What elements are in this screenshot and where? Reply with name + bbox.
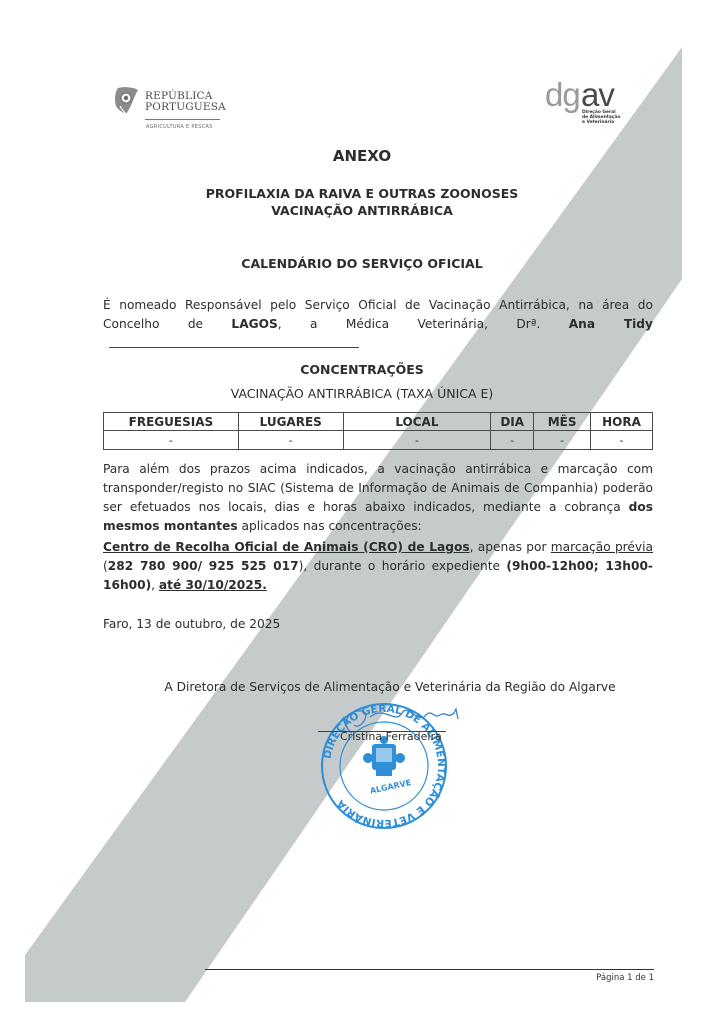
additional-vaccination-paragraph: Para além dos prazos acima indicados, a … xyxy=(103,460,653,536)
column-header-mes: MÊS xyxy=(534,413,591,431)
table-row: - - - - - - xyxy=(104,431,653,450)
table-cell: - xyxy=(534,431,591,450)
concelho-name: LAGOS xyxy=(231,317,277,331)
concentracoes-table: FREGUESIAS LUGARES LOCAL DIA MÊS HORA - … xyxy=(103,412,653,450)
table-cell: - xyxy=(343,431,491,450)
vet-name: Ana Tidy xyxy=(569,317,653,331)
logo-subtitle: AGRICULTURA E PESCAS xyxy=(146,124,213,130)
dgav-mark-av: av xyxy=(581,76,614,114)
column-header-freguesias: FREGUESIAS xyxy=(104,413,239,431)
signatory-title: A Diretora de Serviços de Alimentação e … xyxy=(0,680,724,694)
republica-portuguesa-logo: REPÚBLICA PORTUGUESA AGRICULTURA E PESCA… xyxy=(112,86,222,136)
column-header-local: LOCAL xyxy=(343,413,491,431)
column-header-dia: DIA xyxy=(491,413,534,431)
logo-text-portuguesa: PORTUGUESA xyxy=(145,102,226,113)
document-title: ANEXO xyxy=(0,147,724,165)
deadline-date: até 30/10/2025. xyxy=(159,578,267,592)
section-title: CALENDÁRIO DO SERVIÇO OFICIAL xyxy=(0,256,724,271)
document-subtitle-2: VACINAÇÃO ANTIRRÁBICA xyxy=(0,203,724,218)
blank-fill-line xyxy=(109,334,359,348)
contact-phones: 282 780 900/ 925 525 017 xyxy=(108,559,299,573)
cro-location-name: Centro de Recolha Oficial de Animais (CR… xyxy=(103,540,470,554)
table-cell: - xyxy=(238,431,343,450)
signatory-name: Cristina Ferradeira xyxy=(340,730,442,743)
booking-required: marcação prévia xyxy=(551,540,653,554)
table-cell: - xyxy=(591,431,653,450)
document-subtitle-1: PROFILAXIA DA RAIVA E OUTRAS ZOONOSES xyxy=(0,186,724,201)
logo-divider xyxy=(145,119,220,120)
page-number: Página 1 de 1 xyxy=(560,973,654,983)
cro-location-paragraph: Centro de Recolha Oficial de Animais (CR… xyxy=(103,538,653,595)
nomination-paragraph: É nomeado Responsável pelo Serviço Ofici… xyxy=(103,296,653,354)
table-cell: - xyxy=(104,431,239,450)
dgav-mark-dg: dg xyxy=(545,76,580,114)
dgav-logo: dg av Direção Geral de Alimentação e Vet… xyxy=(545,82,655,142)
republica-portuguesa-emblem-icon xyxy=(112,86,140,116)
concentracoes-title: CONCENTRAÇÕES xyxy=(0,362,724,377)
footer-divider xyxy=(205,969,654,970)
place-and-date: Faro, 13 de outubro, de 2025 xyxy=(103,615,653,634)
column-header-lugares: LUGARES xyxy=(238,413,343,431)
table-cell: - xyxy=(491,431,534,450)
stamp-region: ALGARVE xyxy=(369,778,412,796)
column-header-hora: HORA xyxy=(591,413,653,431)
table-header-row: FREGUESIAS LUGARES LOCAL DIA MÊS HORA xyxy=(104,413,653,431)
concentracoes-subtitle: VACINAÇÃO ANTIRRÁBICA (TAXA ÚNICA E) xyxy=(0,386,724,401)
dgav-subtitle: Direção Geral de Alimentação e Veterinár… xyxy=(582,110,642,125)
